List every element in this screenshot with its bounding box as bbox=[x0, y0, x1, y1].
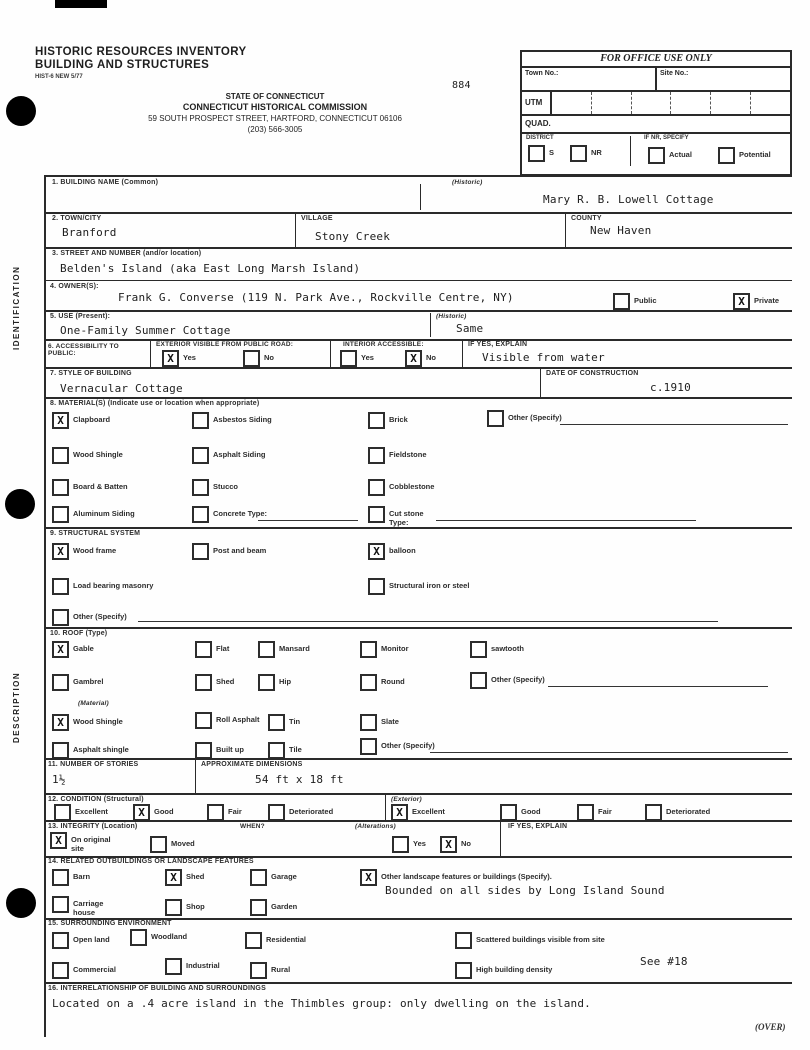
building-historic-label: (Historic) bbox=[452, 179, 483, 186]
date-of-construction-label: DATE OF CONSTRUCTION bbox=[546, 370, 639, 377]
load-bearing-label: Load bearing masonry bbox=[73, 578, 153, 590]
checkbox-alterations-no[interactable] bbox=[440, 836, 457, 853]
agency-state: STATE OF CONNECTICUT bbox=[115, 92, 435, 101]
h-divider bbox=[44, 527, 792, 529]
utm-cell[interactable] bbox=[751, 92, 790, 114]
integrity-label: 13. INTEGRITY (Location) bbox=[48, 823, 137, 830]
h-divider bbox=[44, 397, 792, 399]
roof-label: 10. ROOF (Type) bbox=[50, 630, 107, 637]
checkbox-structural-other[interactable] bbox=[52, 609, 69, 626]
if-nr-label: IF NR, SPECIFY bbox=[644, 135, 689, 141]
district-s-label: S bbox=[549, 145, 554, 157]
checkbox-sawtooth[interactable] bbox=[470, 641, 487, 658]
town-no-label: Town No.: bbox=[522, 68, 655, 90]
interior-yes-label: Yes bbox=[361, 350, 374, 362]
checkbox-garage[interactable] bbox=[250, 869, 267, 886]
brick-label: Brick bbox=[389, 412, 408, 424]
dimensions-value: 54 ft x 18 ft bbox=[255, 773, 344, 786]
public-label: Public bbox=[634, 293, 657, 305]
ext-excellent-label: Excellent bbox=[412, 804, 445, 816]
checkbox-monitor[interactable] bbox=[360, 641, 377, 658]
hole-punch bbox=[6, 888, 36, 918]
actual-label: Actual bbox=[669, 147, 692, 159]
checkbox-shop[interactable] bbox=[165, 899, 182, 916]
clapboard-label: Clapboard bbox=[73, 412, 110, 424]
office-use-title: FOR OFFICE USE ONLY bbox=[522, 52, 790, 68]
checkbox-alterations-yes[interactable] bbox=[392, 836, 409, 853]
owner-value: Frank G. Converse (119 N. Park Ave., Roc… bbox=[118, 291, 514, 304]
checkbox-industrial[interactable] bbox=[165, 958, 182, 975]
village-label: VILLAGE bbox=[301, 215, 333, 222]
checkbox-gambrel[interactable] bbox=[52, 674, 69, 691]
h-divider bbox=[44, 212, 792, 214]
checkbox-interior-yes[interactable] bbox=[340, 350, 357, 367]
outbuildings-specify-value: Bounded on all sides by Long Island Soun… bbox=[385, 884, 665, 897]
county-value: New Haven bbox=[590, 224, 651, 237]
form-title-line2: BUILDING AND STRUCTURES bbox=[35, 59, 209, 71]
checkbox-public[interactable] bbox=[613, 293, 630, 310]
checkbox-fieldstone[interactable] bbox=[368, 447, 385, 464]
agency-phone: (203) 566-3005 bbox=[115, 125, 435, 134]
checkbox-board-batten[interactable] bbox=[52, 479, 69, 496]
checkbox-concrete[interactable] bbox=[192, 506, 209, 523]
board-batten-label: Board & Batten bbox=[73, 479, 128, 491]
checkbox-moved[interactable] bbox=[150, 836, 167, 853]
struct-fair-label: Fair bbox=[228, 804, 242, 816]
margin-description-label: DESCRIPTION bbox=[12, 598, 21, 743]
site-no-label: Site No.: bbox=[655, 68, 790, 90]
building-historic-value: Mary R. B. Lowell Cottage bbox=[543, 193, 714, 206]
checkbox-roof-other[interactable] bbox=[470, 672, 487, 689]
condition-label: 12. CONDITION (Structural) bbox=[48, 796, 144, 803]
h-divider bbox=[44, 982, 792, 984]
office-use-box: FOR OFFICE USE ONLY Town No.: Site No.: … bbox=[520, 50, 792, 176]
stucco-label: Stucco bbox=[213, 479, 238, 491]
checkbox-cut-stone[interactable] bbox=[368, 506, 385, 523]
struct-deteriorated-label: Deteriorated bbox=[289, 804, 333, 816]
blank-line[interactable] bbox=[548, 686, 768, 687]
utm-cell[interactable] bbox=[632, 92, 672, 114]
explain-value: Visible from water bbox=[482, 351, 605, 364]
mansard-label: Mansard bbox=[279, 641, 310, 653]
date-of-construction-value: c.1910 bbox=[650, 381, 691, 394]
tile-label: Tile bbox=[289, 742, 302, 754]
inventory-number: 884 bbox=[452, 80, 471, 91]
agency-address: 59 SOUTH PROSPECT STREET, HARTFORD, CONN… bbox=[115, 114, 435, 123]
use-historic-label: (Historic) bbox=[436, 313, 467, 320]
checkbox-district-s[interactable] bbox=[528, 145, 545, 162]
checkbox-aluminum-siding[interactable] bbox=[52, 506, 69, 523]
fieldstone-label: Fieldstone bbox=[389, 447, 427, 459]
carriage-house-label: Carriage house bbox=[73, 896, 117, 917]
aluminum-siding-label: Aluminum Siding bbox=[73, 506, 135, 518]
cobblestone-label: Cobblestone bbox=[389, 479, 434, 491]
checkbox-round[interactable] bbox=[360, 674, 377, 691]
alterations-label: (Alterations) bbox=[355, 823, 396, 830]
blank-line[interactable] bbox=[430, 752, 788, 753]
structural-label: 9. STRUCTURAL SYSTEM bbox=[50, 530, 140, 537]
checkbox-exterior-yes[interactable] bbox=[162, 350, 179, 367]
utm-cell[interactable] bbox=[711, 92, 751, 114]
form-code: HIST-6 NEW 5/77 bbox=[35, 74, 83, 80]
materials-label: 8. MATERIAL(S) (Indicate use or location… bbox=[50, 400, 259, 407]
checkbox-shed[interactable] bbox=[165, 869, 182, 886]
h-divider bbox=[44, 310, 792, 312]
street-label: 3. STREET AND NUMBER (and/or location) bbox=[52, 250, 201, 257]
monitor-label: Monitor bbox=[381, 641, 409, 653]
checkbox-ext-deteriorated[interactable] bbox=[645, 804, 662, 821]
checkbox-asphalt-shingle[interactable] bbox=[52, 742, 69, 759]
integrity-explain-label: IF YES, EXPLAIN bbox=[508, 823, 567, 830]
checkbox-load-bearing[interactable] bbox=[52, 578, 69, 595]
hole-punch bbox=[6, 96, 36, 126]
h-divider bbox=[44, 758, 792, 760]
other-landscape-label: Other landscape features or buildings (S… bbox=[381, 869, 552, 881]
checkbox-carriage-house[interactable] bbox=[52, 896, 69, 913]
checkbox-flat[interactable] bbox=[195, 641, 212, 658]
checkbox-garden[interactable] bbox=[250, 899, 267, 916]
checkbox-gable[interactable] bbox=[52, 641, 69, 658]
environment-note: See #18 bbox=[640, 955, 688, 968]
ext-deteriorated-label: Deteriorated bbox=[666, 804, 710, 816]
over-label: (OVER) bbox=[755, 1022, 786, 1032]
building-name-label: 1. BUILDING NAME (Common) bbox=[52, 179, 158, 186]
checkbox-shed-roof[interactable] bbox=[195, 674, 212, 691]
v-divider bbox=[150, 339, 151, 367]
ext-fair-label: Fair bbox=[598, 804, 612, 816]
wood-shingle-label: Wood Shingle bbox=[73, 447, 123, 459]
h-divider bbox=[44, 793, 792, 795]
blank-line[interactable] bbox=[138, 621, 718, 622]
barn-label: Barn bbox=[73, 869, 90, 881]
rural-label: Rural bbox=[271, 962, 290, 974]
interrelationship-label: 16. INTERRELATIONSHIP OF BUILDING AND SU… bbox=[48, 985, 266, 992]
v-divider bbox=[430, 313, 431, 337]
checkbox-interior-no[interactable] bbox=[405, 350, 422, 367]
utm-cell[interactable] bbox=[671, 92, 711, 114]
utm-cell[interactable] bbox=[592, 92, 632, 114]
moved-label: Moved bbox=[171, 836, 195, 848]
blank-line[interactable] bbox=[258, 520, 358, 521]
sawtooth-label: sawtooth bbox=[491, 641, 524, 653]
checkbox-asphalt-siding[interactable] bbox=[192, 447, 209, 464]
v-divider bbox=[195, 758, 196, 793]
v-divider bbox=[462, 339, 463, 367]
district-label: DISTRICT bbox=[526, 135, 554, 141]
interrelationship-value: Located on a .4 acre island in the Thimb… bbox=[52, 997, 591, 1010]
wood-frame-label: Wood frame bbox=[73, 543, 116, 555]
checkbox-struct-fair[interactable] bbox=[207, 804, 224, 821]
checkbox-wood-frame[interactable] bbox=[52, 543, 69, 560]
alterations-yes-label: Yes bbox=[413, 836, 426, 848]
checkbox-ext-good[interactable] bbox=[500, 804, 517, 821]
v-divider bbox=[330, 339, 331, 367]
form-left-border bbox=[44, 175, 46, 1037]
checkbox-roof-wood-shingle[interactable] bbox=[52, 714, 69, 731]
roof-wood-shingle-label: Wood Shingle bbox=[73, 714, 123, 726]
utm-cell[interactable] bbox=[552, 92, 592, 114]
use-label: 5. USE (Present): bbox=[50, 313, 110, 320]
checkbox-struct-excellent[interactable] bbox=[54, 804, 71, 821]
blank-line[interactable] bbox=[560, 424, 788, 425]
cut-stone-label: Cut stone Type: bbox=[389, 506, 445, 527]
alterations-no-label: No bbox=[461, 836, 471, 848]
checkbox-brick[interactable] bbox=[368, 412, 385, 429]
v-divider bbox=[500, 820, 501, 856]
slate-label: Slate bbox=[381, 714, 399, 726]
h-divider bbox=[44, 175, 792, 177]
checkbox-district-nr[interactable] bbox=[570, 145, 587, 162]
accessibility-label: 6. ACCESSIBILITY TO PUBLIC: bbox=[48, 343, 148, 357]
roof-other-label: Other (Specify) bbox=[491, 672, 545, 684]
h-divider bbox=[44, 247, 792, 249]
checkbox-iron-steel[interactable] bbox=[368, 578, 385, 595]
checkbox-ext-excellent[interactable] bbox=[391, 804, 408, 821]
private-label: Private bbox=[754, 293, 779, 305]
h-divider bbox=[44, 627, 792, 629]
if-yes-explain-label: IF YES, EXPLAIN bbox=[468, 341, 527, 348]
scattered-buildings-label: Scattered buildings visible from site bbox=[476, 932, 605, 944]
gable-label: Gable bbox=[73, 641, 94, 653]
v-divider bbox=[295, 212, 296, 247]
utm-label: UTM bbox=[522, 92, 552, 114]
tin-label: Tin bbox=[289, 714, 300, 726]
checkbox-clapboard[interactable] bbox=[52, 412, 69, 429]
checkbox-hip[interactable] bbox=[258, 674, 275, 691]
exterior-no-label: No bbox=[264, 350, 274, 362]
high-density-label: High building density bbox=[476, 962, 552, 974]
blank-line[interactable] bbox=[436, 520, 696, 521]
garage-label: Garage bbox=[271, 869, 297, 881]
garden-label: Garden bbox=[271, 899, 297, 911]
village-value: Stony Creek bbox=[315, 230, 390, 243]
use-historic-value: Same bbox=[456, 322, 483, 335]
checkbox-woodland[interactable] bbox=[130, 929, 147, 946]
outbuildings-label: 14. RELATED OUTBUILDINGS OR LANDSCAPE FE… bbox=[48, 858, 254, 865]
town-value: Branford bbox=[62, 226, 117, 239]
roll-asphalt-label: Roll Asphalt bbox=[216, 712, 259, 724]
gambrel-label: Gambrel bbox=[73, 674, 103, 686]
post-beam-label: Post and beam bbox=[213, 543, 266, 555]
flat-label: Flat bbox=[216, 641, 229, 653]
quad-label: QUAD. bbox=[522, 116, 790, 134]
interior-no-label: No bbox=[426, 350, 436, 362]
shed-roof-label: Shed bbox=[216, 674, 234, 686]
checkbox-commercial[interactable] bbox=[52, 962, 69, 979]
v-divider bbox=[420, 184, 421, 210]
checkbox-exterior-no[interactable] bbox=[243, 350, 260, 367]
checkbox-roll-asphalt[interactable] bbox=[195, 712, 212, 729]
balloon-label: balloon bbox=[389, 543, 416, 555]
v-divider bbox=[385, 793, 386, 820]
scan-artifact bbox=[55, 0, 107, 8]
checkbox-tin[interactable] bbox=[268, 714, 285, 731]
use-value: One-Family Summer Cottage bbox=[60, 324, 231, 337]
checkbox-actual[interactable] bbox=[648, 147, 665, 164]
asbestos-siding-label: Asbestos Siding bbox=[213, 412, 272, 424]
checkbox-material-other[interactable] bbox=[487, 410, 504, 427]
iron-steel-label: Structural iron or steel bbox=[389, 578, 469, 590]
checkbox-struct-deteriorated[interactable] bbox=[268, 804, 285, 821]
checkbox-residential[interactable] bbox=[245, 932, 262, 949]
checkbox-scattered-buildings[interactable] bbox=[455, 932, 472, 949]
checkbox-potential[interactable] bbox=[718, 147, 735, 164]
round-label: Round bbox=[381, 674, 405, 686]
county-label: COUNTY bbox=[571, 215, 602, 222]
structural-other-label: Other (Specify) bbox=[73, 609, 127, 621]
concrete-label: Concrete Type: bbox=[213, 506, 267, 518]
h-divider bbox=[44, 820, 792, 822]
checkbox-mansard[interactable] bbox=[258, 641, 275, 658]
shop-label: Shop bbox=[186, 899, 205, 911]
checkbox-balloon[interactable] bbox=[368, 543, 385, 560]
checkbox-asbestos-siding[interactable] bbox=[192, 412, 209, 429]
checkbox-high-density[interactable] bbox=[455, 962, 472, 979]
checkbox-private[interactable] bbox=[733, 293, 750, 310]
material-other-label: Other (Specify) bbox=[508, 410, 562, 422]
roof-material-other-label: Other (Specify) bbox=[381, 738, 435, 750]
condition-exterior-label: (Exterior) bbox=[391, 796, 422, 803]
v-divider bbox=[565, 212, 566, 247]
owner-label: 4. OWNER(S): bbox=[50, 283, 99, 290]
woodland-label: Woodland bbox=[151, 929, 187, 941]
hip-label: Hip bbox=[279, 674, 291, 686]
asphalt-shingle-label: Asphalt shingle bbox=[73, 742, 129, 754]
checkbox-post-beam[interactable] bbox=[192, 543, 209, 560]
when-label: WHEN? bbox=[240, 823, 265, 830]
style-value: Vernacular Cottage bbox=[60, 382, 183, 395]
asphalt-siding-label: Asphalt Siding bbox=[213, 447, 266, 459]
margin-identification-label: IDENTIFICATION bbox=[12, 200, 21, 350]
checkbox-tile[interactable] bbox=[268, 742, 285, 759]
district-nr-label: NR bbox=[591, 145, 602, 157]
v-divider bbox=[630, 136, 631, 166]
street-value: Belden's Island (aka East Long Marsh Isl… bbox=[60, 262, 360, 275]
struct-excellent-label: Excellent bbox=[75, 804, 108, 816]
checkbox-other-landscape[interactable] bbox=[360, 869, 377, 886]
form-title-line1: HISTORIC RESOURCES INVENTORY bbox=[35, 46, 247, 58]
struct-good-label: Good bbox=[154, 804, 174, 816]
checkbox-rural[interactable] bbox=[250, 962, 267, 979]
interior-accessible-label: INTERIOR ACCESSIBLE: bbox=[343, 341, 424, 348]
roof-material-label: (Material) bbox=[78, 700, 109, 707]
on-original-site-label: On original site bbox=[71, 832, 119, 853]
potential-label: Potential bbox=[739, 147, 771, 159]
dimensions-label: APPROXIMATE DIMENSIONS bbox=[201, 761, 303, 768]
style-label: 7. STYLE OF BUILDING bbox=[50, 370, 132, 377]
residential-label: Residential bbox=[266, 932, 306, 944]
commercial-label: Commercial bbox=[73, 962, 116, 974]
stories-value: 1½ bbox=[52, 773, 66, 786]
shed-label: Shed bbox=[186, 869, 204, 881]
open-land-label: Open land bbox=[73, 932, 110, 944]
checkbox-ext-fair[interactable] bbox=[577, 804, 594, 821]
industrial-label: Industrial bbox=[186, 958, 220, 970]
stories-label: 11. NUMBER OF STORIES bbox=[48, 761, 138, 768]
checkbox-built-up[interactable] bbox=[195, 742, 212, 759]
exterior-yes-label: Yes bbox=[183, 350, 196, 362]
h-divider bbox=[44, 367, 792, 369]
checkbox-open-land[interactable] bbox=[52, 932, 69, 949]
checkbox-barn[interactable] bbox=[52, 869, 69, 886]
checkbox-on-original-site[interactable] bbox=[50, 832, 67, 849]
built-up-label: Built up bbox=[216, 742, 244, 754]
agency-commission: CONNECTICUT HISTORICAL COMMISSION bbox=[115, 102, 435, 112]
environment-label: 15. SURROUNDING ENVIRONMENT bbox=[48, 920, 172, 927]
hole-punch bbox=[5, 489, 35, 519]
checkbox-cobblestone[interactable] bbox=[368, 479, 385, 496]
scanned-form-page: HISTORIC RESOURCES INVENTORY BUILDING AN… bbox=[0, 0, 810, 1050]
town-label: 2. TOWN/CITY bbox=[52, 215, 101, 222]
checkbox-struct-good[interactable] bbox=[133, 804, 150, 821]
ext-good-label: Good bbox=[521, 804, 541, 816]
h-divider bbox=[44, 280, 792, 281]
checkbox-stucco[interactable] bbox=[192, 479, 209, 496]
exterior-visible-label: EXTERIOR VISIBLE FROM PUBLIC ROAD: bbox=[156, 341, 293, 348]
checkbox-roof-material-other[interactable] bbox=[360, 738, 377, 755]
v-divider bbox=[540, 367, 541, 397]
checkbox-wood-shingle[interactable] bbox=[52, 447, 69, 464]
checkbox-slate[interactable] bbox=[360, 714, 377, 731]
